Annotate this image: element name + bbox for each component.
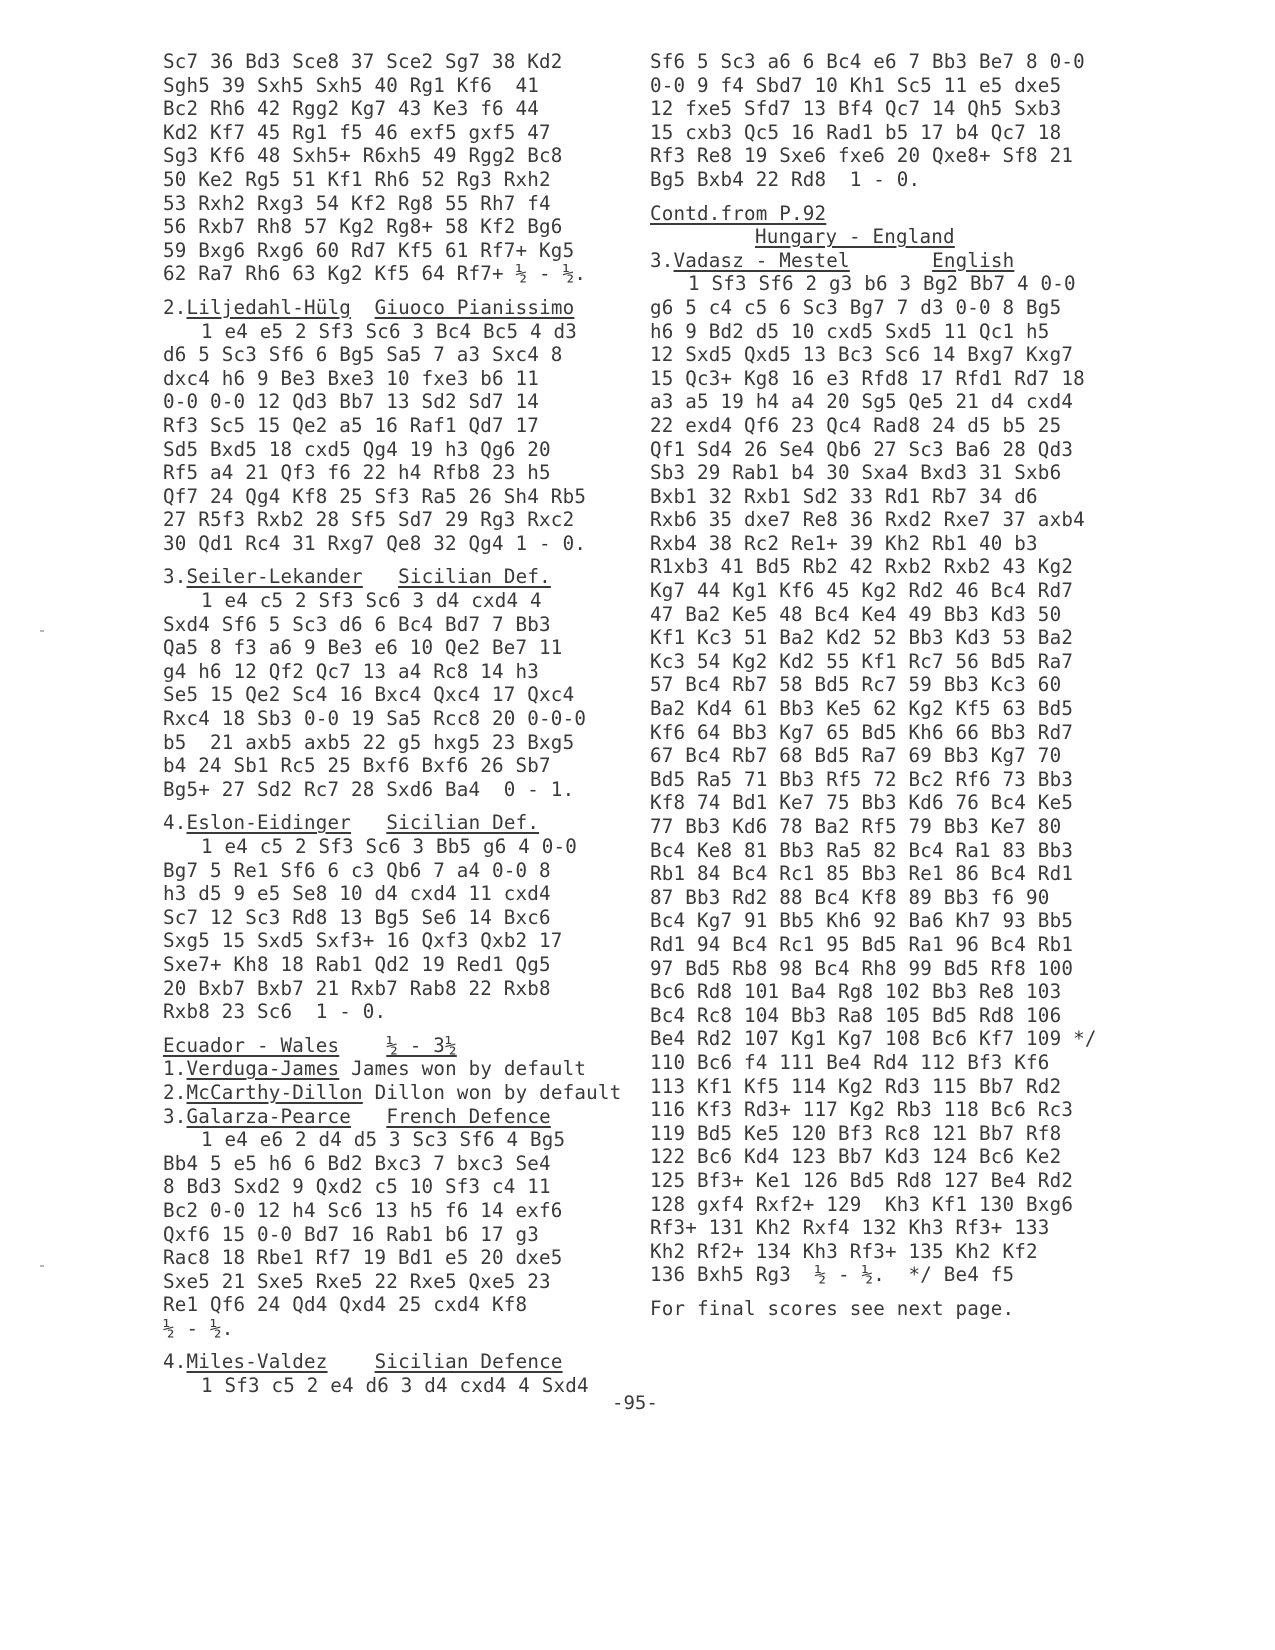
- move-line: Sg3 Kf6 48 Sxh5+ R6xh5 49 Rgg2 Bc8: [163, 144, 633, 168]
- move-line: Sb3 29 Rab1 b4 30 Sxa4 Bxd3 31 Sxb6: [650, 461, 1130, 485]
- move-line: d6 5 Sc3 Sf6 6 Bg5 Sa5 7 a3 Sxc4 8: [163, 343, 633, 367]
- move-line: Rxc4 18 Sb3 0-0 19 Sa5 Rcc8 20 0-0-0: [163, 707, 633, 731]
- game-opening: French Defence: [386, 1105, 551, 1128]
- move-line: Rxb6 35 dxe7 Re8 36 Rxd2 Rxe7 37 axb4: [650, 508, 1130, 532]
- move-line: Rxb8 23 Sc6 1 - 0.: [163, 1000, 633, 1024]
- move-line: Qf1 Sd4 26 Se4 Qb6 27 Sc3 Ba6 28 Qd3: [650, 438, 1130, 462]
- move-line: Rf3 Re8 19 Sxe6 fxe6 20 Qxe8+ Sf8 21: [650, 144, 1130, 168]
- move-line: Ba2 Kd4 61 Bb3 Ke5 62 Kg2 Kf5 63 Bd5: [650, 697, 1130, 721]
- move-line: Qxf6 15 0-0 Bd7 16 Rab1 b6 17 g3: [163, 1223, 633, 1247]
- move-line: Kf8 74 Bd1 Ke7 75 Bb3 Kd6 76 Bc4 Ke5: [650, 791, 1130, 815]
- game-players: Vadasz - Mestel: [674, 249, 850, 272]
- move-line: 67 Bc4 Rb7 68 Bd5 Ra7 69 Bb3 Kg7 70: [650, 744, 1130, 768]
- move-line: 30 Qd1 Rc4 31 Rxg7 Qe8 32 Qg4 1 - 0.: [163, 532, 633, 556]
- move-line: Rd1 94 Bc4 Rc1 95 Bd5 Ra1 96 Bc4 Rb1: [650, 933, 1130, 957]
- move-line: h3 d5 9 e5 Se8 10 d4 cxd4 11 cxd4: [163, 882, 633, 906]
- move-line: 87 Bb3 Rd2 88 Bc4 Kf8 89 Bb3 f6 90: [650, 886, 1130, 910]
- move-line: Bc4 Kg7 91 Bb5 Kh6 92 Ba6 Kh7 93 Bb5: [650, 909, 1130, 933]
- move-line: Rxb4 38 Rc2 Re1+ 39 Kh2 Rb1 40 b3: [650, 532, 1130, 556]
- move-line: 136 Bxh5 Rg3 ½ - ½. */ Be4 f5: [650, 1263, 1130, 1287]
- move-line: Kh2 Rf2+ 134 Kh3 Rf3+ 135 Kh2 Kf2: [650, 1240, 1130, 1264]
- move-line: 50 Ke2 Rg5 51 Kf1 Rh6 52 Rg3 Rxh2: [163, 168, 633, 192]
- footer-note: For final scores see next page.: [650, 1297, 1130, 1321]
- move-line: Bg5+ 27 Sd2 Rc7 28 Sxd6 Ba4 0 - 1.: [163, 778, 633, 802]
- move-line: 22 exd4 Qf6 23 Qc4 Rad8 24 d5 b5 25: [650, 414, 1130, 438]
- move-line: Sc7 36 Bd3 Sce8 37 Sce2 Sg7 38 Kd2: [163, 50, 633, 74]
- game-players: Galarza-Pearce: [187, 1105, 352, 1128]
- move-line: Se5 15 Qe2 Sc4 16 Bxc4 Qxc4 17 Qxc4: [163, 683, 633, 707]
- move-line: b4 24 Sb1 Rc5 25 Bxf6 Bxf6 26 Sb7: [163, 754, 633, 778]
- move-line: Kd2 Kf7 45 Rg1 f5 46 exf5 gxf5 47: [163, 121, 633, 145]
- move-line: Bc4 Rc8 104 Bb3 Ra8 105 Bd5 Rd8 106: [650, 1004, 1130, 1028]
- match-heading: Hungary - England: [650, 225, 1130, 249]
- move-line: b5 21 axb5 axb5 22 g5 hxg5 23 Bxg5: [163, 731, 633, 755]
- move-line: 20 Bxb7 Bxb7 21 Rxb7 Rab8 22 Rxb8: [163, 977, 633, 1001]
- move-line: 12 fxe5 Sfd7 13 Bf4 Qc7 14 Qh5 Sxb3: [650, 97, 1130, 121]
- move-line: R1xb3 41 Bd5 Rb2 42 Rxb2 Rxb2 43 Kg2: [650, 555, 1130, 579]
- game-players: McCarthy-Dillon: [187, 1081, 363, 1104]
- move-line: 1 Sf3 c5 2 e4 d6 3 d4 cxd4 4 Sxd4: [163, 1374, 633, 1398]
- move-line: Sf6 5 Sc3 a6 6 Bc4 e6 7 Bb3 Be7 8 0-0: [650, 50, 1130, 74]
- move-line: Rb1 84 Bc4 Rc1 85 Bb3 Re1 86 Bc4 Rd1: [650, 862, 1130, 886]
- continued-text: Contd.from P.92: [650, 202, 826, 225]
- spacer: [163, 1340, 633, 1350]
- move-line: 1 e4 e5 2 Sf3 Sc6 3 Bc4 Bc5 4 d3: [163, 320, 633, 344]
- move-line: g4 h6 12 Qf2 Qc7 13 a4 Rc8 14 h3: [163, 660, 633, 684]
- board-number: 3.: [163, 565, 187, 588]
- move-line: Sxg5 15 Sxd5 Sxf3+ 16 Qxf3 Qxb2 17: [163, 929, 633, 953]
- game-block: 4.Eslon-Eidinger Sicilian Def.1 e4 c5 2 …: [163, 811, 633, 1023]
- result-note: Dillon won by default: [375, 1081, 622, 1104]
- board-number: 2.: [163, 296, 187, 319]
- result-note: James won by default: [351, 1057, 586, 1080]
- game-players: Miles-Valdez: [187, 1350, 328, 1373]
- page-number: -95-: [612, 1392, 658, 1414]
- move-line: h6 9 Bd2 d5 10 cxd5 Sxd5 11 Qc1 h5: [650, 320, 1130, 344]
- move-line: Kg7 44 Kg1 Kf6 45 Kg2 Rd2 46 Bc4 Rd7: [650, 579, 1130, 603]
- move-line: 15 cxb3 Qc5 16 Rad1 b5 17 b4 Qc7 18: [650, 121, 1130, 145]
- move-line: 0-0 9 f4 Sbd7 10 Kh1 Sc5 11 e5 dxe5: [650, 74, 1130, 98]
- move-line: 27 R5f3 Rxb2 28 Sf5 Sd7 29 Rg3 Rxc2: [163, 508, 633, 532]
- spacer: [163, 801, 633, 811]
- move-line: Bc6 Rd8 101 Ba4 Rg8 102 Bb3 Re8 103: [650, 980, 1130, 1004]
- move-line: a3 a5 19 h4 a4 20 Sg5 Qe5 21 d4 cxd4: [650, 390, 1130, 414]
- move-line: Kf1 Kc3 51 Ba2 Kd2 52 Bb3 Kd3 53 Ba2: [650, 626, 1130, 650]
- move-line: 116 Kf3 Rd3+ 117 Kg2 Rb3 118 Bc6 Rc3: [650, 1098, 1130, 1122]
- game-block: 3.Vadasz - Mestel English1 Sf3 Sf6 2 g3 …: [650, 249, 1130, 1287]
- move-line: Bc2 Rh6 42 Rgg2 Kg7 43 Ke3 f6 44: [163, 97, 633, 121]
- match-heading: Ecuador - Wales ½ - 3½: [163, 1034, 633, 1058]
- move-line: 110 Bc6 f4 111 Be4 Rd4 112 Bf3 Kf6: [650, 1051, 1130, 1075]
- game-players: Eslon-Eidinger: [187, 811, 352, 834]
- left-column: Sc7 36 Bd3 Sce8 37 Sce2 Sg7 38 Kd2Sgh5 3…: [163, 50, 633, 1398]
- move-line: Sd5 Bxd5 18 cxd5 Qg4 19 h3 Qg6 20: [163, 438, 633, 462]
- game-block: 3.Galarza-Pearce French Defence1 e4 e6 2…: [163, 1105, 633, 1341]
- move-line: 77 Bb3 Kd6 78 Ba2 Rf5 79 Bb3 Ke7 80: [650, 815, 1130, 839]
- move-line: 47 Ba2 Ke5 48 Bc4 Ke4 49 Bb3 Kd3 50: [650, 603, 1130, 627]
- board-number: 4.: [163, 1350, 187, 1373]
- game-opening: Giuoco Pianissimo: [375, 296, 575, 319]
- move-line: 1 Sf3 Sf6 2 g3 b6 3 Bg2 Bb7 4 0-0: [650, 272, 1130, 296]
- move-line: Bd5 Ra5 71 Bb3 Rf5 72 Bc2 Rf6 73 Bb3: [650, 768, 1130, 792]
- move-line: 97 Bd5 Rb8 98 Bc4 Rh8 99 Bd5 Rf8 100: [650, 957, 1130, 981]
- scan-speck: [40, 630, 44, 632]
- move-line: Kf6 64 Bb3 Kg7 65 Bd5 Kh6 66 Bb3 Rd7: [650, 721, 1130, 745]
- right-column: Sf6 5 Sc3 a6 6 Bc4 e6 7 Bb3 Be7 8 0-00-0…: [650, 50, 1130, 1320]
- spacer: [163, 286, 633, 296]
- move-line: Qa5 8 f3 a6 9 Be3 e6 10 Qe2 Be7 11: [163, 636, 633, 660]
- game-block: 4.Miles-Valdez Sicilian Defence1 Sf3 c5 …: [163, 1350, 633, 1397]
- move-line: Sxe5 21 Sxe5 Rxe5 22 Rxe5 Qxe5 23: [163, 1270, 633, 1294]
- move-line: 128 gxf4 Rxf2+ 129 Kh3 Kf1 130 Bxg6: [650, 1193, 1130, 1217]
- move-line: 53 Rxh2 Rxg3 54 Kf2 Rg8 55 Rh7 f4: [163, 192, 633, 216]
- game-opening: Sicilian Def.: [386, 811, 539, 834]
- move-line: Bxb1 32 Rxb1 Sd2 33 Rd1 Rb7 34 d6: [650, 485, 1130, 509]
- move-line: 122 Bc6 Kd4 123 Bb7 Kd3 124 Bc6 Ke2: [650, 1145, 1130, 1169]
- move-line: Rac8 18 Rbe1 Rf7 19 Bd1 e5 20 dxe5: [163, 1246, 633, 1270]
- move-line: 113 Kf1 Kf5 114 Kg2 Rd3 115 Bb7 Rd2: [650, 1075, 1130, 1099]
- board-result: 1.Verduga-James James won by default: [163, 1057, 633, 1081]
- move-line: Rf5 a4 21 Qf3 f6 22 h4 Rfb8 23 h5: [163, 461, 633, 485]
- match-title: Hungary - England: [755, 225, 955, 248]
- move-line: 15 Qc3+ Kg8 16 e3 Rfd8 17 Rfd1 Rd7 18: [650, 367, 1130, 391]
- move-line: Qf7 24 Qg4 Kf8 25 Sf3 Ra5 26 Sh4 Rb5: [163, 485, 633, 509]
- scan-speck: [40, 1265, 44, 1267]
- move-line: Bc2 0-0 12 h4 Sc6 13 h5 f6 14 exf6: [163, 1199, 633, 1223]
- spacer: [163, 555, 633, 565]
- game-heading: 3.Seiler-Lekander Sicilian Def.: [163, 565, 633, 589]
- move-line: Sxe7+ Kh8 18 Rab1 Qd2 19 Red1 Qg5: [163, 953, 633, 977]
- board-result: 2.McCarthy-Dillon Dillon won by default: [163, 1081, 633, 1105]
- board-number: 1.: [163, 1057, 187, 1080]
- game-opening: English: [932, 249, 1014, 272]
- move-line: Sc7 12 Sc3 Rd8 13 Bg5 Se6 14 Bxc6: [163, 906, 633, 930]
- move-line: 59 Bxg6 Rxg6 60 Rd7 Kf5 61 Rf7+ Kg5: [163, 239, 633, 263]
- move-line: 1 e4 c5 2 Sf3 Sc6 3 d4 cxd4 4: [163, 589, 633, 613]
- game-heading: 4.Miles-Valdez Sicilian Defence: [163, 1350, 633, 1374]
- game-block: 3.Seiler-Lekander Sicilian Def.1 e4 c5 2…: [163, 565, 633, 801]
- game-heading: 3.Vadasz - Mestel English: [650, 249, 1130, 273]
- continued-label: Contd.from P.92: [650, 202, 1130, 226]
- board-number: 3.: [650, 249, 674, 272]
- board-number: 4.: [163, 811, 187, 834]
- move-line: 8 Bd3 Sxd2 9 Qxd2 c5 10 Sf3 c4 11: [163, 1175, 633, 1199]
- move-line: 62 Ra7 Rh6 63 Kg2 Kf5 64 Rf7+ ½ - ½.: [163, 262, 633, 286]
- move-line: Bg7 5 Re1 Sf6 6 c3 Qb6 7 a4 0-0 8: [163, 859, 633, 883]
- game-heading: 2.Liljedahl-Hülg Giuoco Pianissimo: [163, 296, 633, 320]
- move-line: ½ - ½.: [163, 1317, 633, 1341]
- move-line: 125 Bf3+ Ke1 126 Bd5 Rd8 127 Be4 Rd2: [650, 1169, 1130, 1193]
- move-line: 12 Sxd5 Qxd5 13 Bc3 Sc6 14 Bxg7 Kxg7: [650, 343, 1130, 367]
- game-heading: 3.Galarza-Pearce French Defence: [163, 1105, 633, 1129]
- board-number: 3.: [163, 1105, 187, 1128]
- move-line: 1 e4 c5 2 Sf3 Sc6 3 Bb5 g6 4 0-0: [163, 835, 633, 859]
- spacer: [163, 1024, 633, 1034]
- move-line: dxc4 h6 9 Be3 Bxe3 10 fxe3 b6 11: [163, 367, 633, 391]
- move-line: Sxd4 Sf6 5 Sc3 d6 6 Bc4 Bd7 7 Bb3: [163, 613, 633, 637]
- move-line: 0-0 0-0 12 Qd3 Bb7 13 Sd2 Sd7 14: [163, 390, 633, 414]
- match-title: Ecuador - Wales: [163, 1034, 339, 1057]
- move-line: Sgh5 39 Sxh5 Sxh5 40 Rg1 Kf6 41: [163, 74, 633, 98]
- move-line: Rf3+ 131 Kh2 Rxf4 132 Kh3 Rf3+ 133: [650, 1216, 1130, 1240]
- move-line: 1 e4 e6 2 d4 d5 3 Sc3 Sf6 4 Bg5: [163, 1128, 633, 1152]
- move-line: g6 5 c4 c5 6 Sc3 Bg7 7 d3 0-0 8 Bg5: [650, 296, 1130, 320]
- move-line: Re1 Qf6 24 Qd4 Qxd4 25 cxd4 Kf8: [163, 1293, 633, 1317]
- game-players: Verduga-James: [187, 1057, 340, 1080]
- game-players: Liljedahl-Hülg: [187, 296, 352, 319]
- board-number: 2.: [163, 1081, 187, 1104]
- spacer: [650, 192, 1130, 202]
- spacer: [650, 1287, 1130, 1297]
- game-block: 2.Liljedahl-Hülg Giuoco Pianissimo1 e4 e…: [163, 296, 633, 556]
- move-line: Be4 Rd2 107 Kg1 Kg7 108 Bc6 Kf7 109 */: [650, 1027, 1130, 1051]
- move-line: Kc3 54 Kg2 Kd2 55 Kf1 Rc7 56 Bd5 Ra7: [650, 650, 1130, 674]
- match-score: ½ - 3½: [386, 1034, 457, 1057]
- move-line: Bg5 Bxb4 22 Rd8 1 - 0.: [650, 168, 1130, 192]
- game-heading: 4.Eslon-Eidinger Sicilian Def.: [163, 811, 633, 835]
- move-line: 119 Bd5 Ke5 120 Bf3 Rc8 121 Bb7 Rf8: [650, 1122, 1130, 1146]
- move-line: Rf3 Sc5 15 Qe2 a5 16 Raf1 Qd7 17: [163, 414, 633, 438]
- move-line: 56 Rxb7 Rh8 57 Kg2 Rg8+ 58 Kf2 Bg6: [163, 215, 633, 239]
- move-line: Bb4 5 e5 h6 6 Bd2 Bxc3 7 bxc3 Se4: [163, 1152, 633, 1176]
- move-line: 57 Bc4 Rb7 58 Bd5 Rc7 59 Bb3 Kc3 60: [650, 673, 1130, 697]
- game-players: Seiler-Lekander: [187, 565, 363, 588]
- game-opening: Sicilian Defence: [375, 1350, 563, 1373]
- move-line: Bc4 Ke8 81 Bb3 Ra5 82 Bc4 Ra1 83 Bb3: [650, 839, 1130, 863]
- game-opening: Sicilian Def.: [398, 565, 551, 588]
